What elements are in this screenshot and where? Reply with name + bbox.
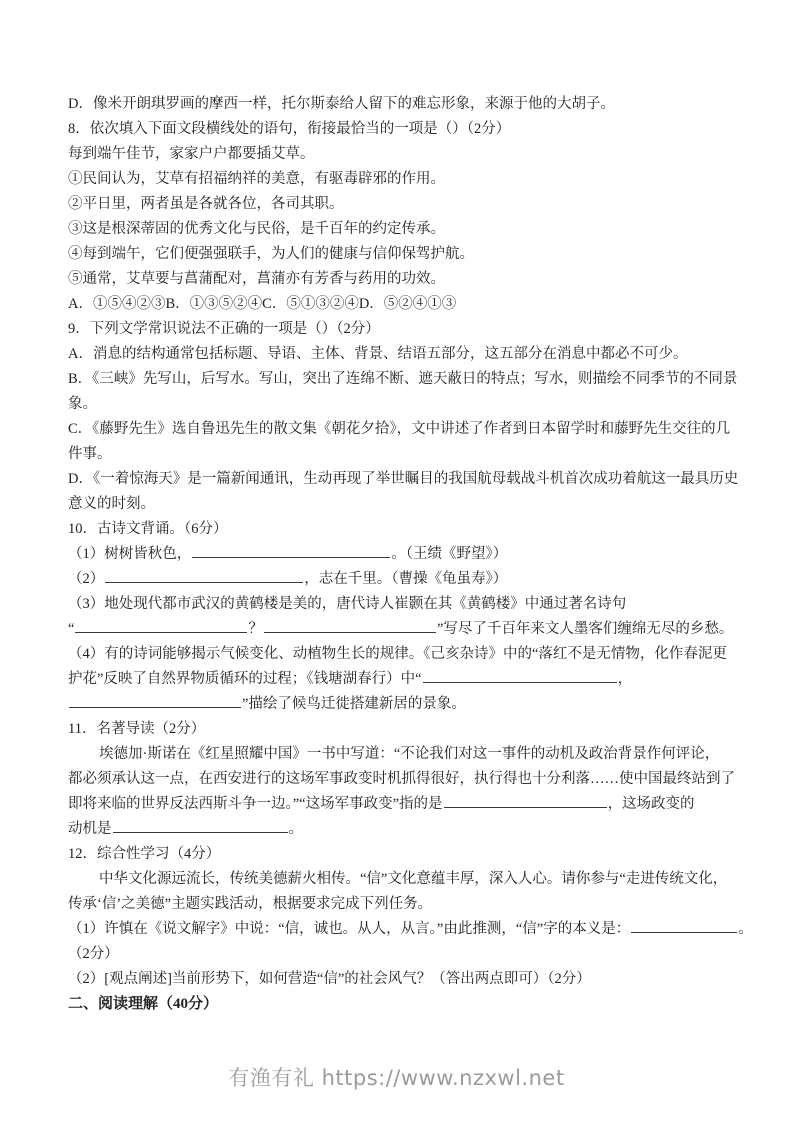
text-segment: ”写尽了千百年来文人墨客们缠绵无尽的乡愁。 [437,621,733,637]
text-segment: 11．名著导读（2分） [68,721,205,737]
text-segment: 每到端午佳节，家家户户都要插艾草。 [68,146,315,162]
text-segment: ”描绘了候鸟迁徙搭建新居的景象。 [242,696,466,712]
answer-blank [192,542,390,558]
text-line: A．①⑤④②③B．①③⑤②④C．⑤①③②④D．⑤②④①③ [68,292,728,317]
text-segment: 中华文化源远流长，传统美德薪火相传。“信”文化意蕴丰厚，深入人心。请你参与“走进… [99,871,727,887]
text-segment: （2） [68,571,104,587]
text-segment: 12．综合性学习（4分） [68,846,220,862]
text-line: “？”写尽了千百年来文人墨客们缠绵无尽的乡愁。 [68,617,728,642]
text-line: （1）树树皆秋色，。（王绩《野望》） [68,542,728,567]
text-segment: ①民间认为，艾草有招福纳祥的美意，有驱毒辟邪的作用。 [68,171,445,187]
section-heading: 二、阅读理解（40分） [68,992,728,1017]
text-line: ①民间认为，艾草有招福纳祥的美意，有驱毒辟邪的作用。 [68,167,728,192]
text-segment: 。 [289,821,304,837]
text-segment: D．像米开朗琪罗画的摩西一样，托尔斯泰给人留下的难忘形象，来源于他的大胡子。 [68,96,615,112]
text-line: （2），志在千里。（曹操《龟虽寿》） [68,567,728,592]
text-segment: B．《三峡》先写山，后写水。写山，突出了连绵不断、遮天蔽日的特点；写水，则描绘不… [68,371,737,387]
text-line: C．《藤野先生》选自鲁迅先生的散文集《朝花夕拾》，文中讲述了作者到日本留学时和藤… [68,417,728,442]
text-segment: ②平日里，两者虽是各就各位，各司其职。 [68,196,344,212]
text-segment: 传承‘信’之美德”主题实践活动，根据要求完成下列任务。 [68,896,432,912]
text-line: D．像米开朗琪罗画的摩西一样，托尔斯泰给人留下的难忘形象，来源于他的大胡子。 [68,92,728,117]
text-line: ⑤通常，艾草要与菖蒲配对，菖蒲亦有芳香与药用的功效。 [68,267,728,292]
text-line: 中华文化源远流长，传统美德薪火相传。“信”文化意蕴丰厚，深入人心。请你参与“走进… [68,867,728,892]
text-segment: 护花”反映了自然界物质循环的过程；《钱塘湖春行）中“ [68,671,422,687]
text-segment: A．消息的结构通常包括标题、导语、主体、背景、结语五部分，这五部分在消息中都必不… [68,346,687,362]
answer-blank [444,792,607,808]
text-segment: ③这是根深蒂固的优秀文化与民俗，是千百年的约定传承。 [68,221,445,237]
text-segment: （2）[观点阐述]当前形势下，如何营造“信”的社会风气？（答出两点即可）（2分） [68,971,591,987]
text-line: ④每到端午，它们便强强联手，为人们的健康与信仰保驾护航。 [68,242,728,267]
text-line: 即将来临的世界反法西斯斗争一边。”“这场军事政变”指的是，这场政变的 [68,792,728,817]
text-segment: C．《藤野先生》选自鲁迅先生的散文集《朝花夕拾》，文中讲述了作者到日本留学时和藤… [68,421,730,437]
text-line: 动机是。 [68,817,728,842]
text-line: （2分） [68,942,728,967]
text-segment: （1）许慎在《说文解字》中说：“信，诚也。从人，从言。”由此推测，“信”字的本义… [68,921,630,937]
text-segment: ，志在千里。（曹操《龟虽寿》） [304,571,507,587]
answer-blank [105,567,303,583]
text-line: （4）有的诗词能够揭示气候变化、动植物生长的规律。《己亥杂诗》中的“落红不是无情… [68,642,728,667]
exam-text-body: D．像米开朗琪罗画的摩西一样，托尔斯泰给人留下的难忘形象，来源于他的大胡子。8．… [68,92,728,1017]
answer-blank [69,692,241,708]
text-segment: 动机是 [68,821,112,837]
text-line: ②平日里，两者虽是各就各位，各司其职。 [68,192,728,217]
text-segment: 即将来临的世界反法西斯斗争一边。”“这场军事政变”指的是 [68,796,443,812]
text-line: 件事。 [68,442,728,467]
text-line: B．《三峡》先写山，后写水。写山，突出了连绵不断、遮天蔽日的特点；写水，则描绘不… [68,367,728,392]
text-segment: 10．古诗文背诵。（6分） [68,521,228,537]
text-segment: 8．依次填入下面文段横线处的语句，衔接最恰当的一项是（）（2分） [68,121,510,137]
text-line: D．《一着惊海天》是一篇新闻通讯，生动再现了举世瞩目的我国航母载战斗机首次成功着… [68,467,728,492]
text-line: ”描绘了候鸟迁徙搭建新居的景象。 [68,692,728,717]
answer-blank [113,817,288,833]
text-line: 都必须承认这一点，在西安进行的这场军事政变时机抓得很好，执行得也十分利落……使中… [68,767,728,792]
text-line: 每到端午佳节，家家户户都要插艾草。 [68,142,728,167]
text-segment: ， [618,671,633,687]
answer-blank [75,617,247,633]
text-segment: 。 [738,921,753,937]
text-segment: “ [68,621,74,637]
text-line: 护花”反映了自然界物质循环的过程；《钱塘湖春行）中“， [68,667,728,692]
answer-blank [631,917,737,933]
text-line: ③这是根深蒂固的优秀文化与民俗，是千百年的约定传承。 [68,217,728,242]
text-line: 8．依次填入下面文段横线处的语句，衔接最恰当的一项是（）（2分） [68,117,728,142]
text-line: （1）许慎在《说文解字》中说：“信，诚也。从人，从言。”由此推测，“信”字的本义… [68,917,728,942]
text-segment: A．①⑤④②③B．①③⑤②④C．⑤①③②④D．⑤②④①③ [68,296,456,312]
text-line: 12．综合性学习（4分） [68,842,728,867]
text-line: 埃德加·斯诺在《红星照耀中国》一书中写道：“不论我们对这一事件的动机及政治背景作… [68,742,728,767]
text-line: 传承‘信’之美德”主题实践活动，根据要求完成下列任务。 [68,892,728,917]
text-segment: ，这场政变的 [608,796,695,812]
text-segment: 9．下列文学常识说法不正确的一项是（）（2分） [68,321,380,337]
text-segment: ？ [248,621,263,637]
text-segment: 意义的时刻。 [68,496,155,512]
text-segment: 埃德加·斯诺在《红星照耀中国》一书中写道：“不论我们对这一事件的动机及政治背景作… [99,746,719,762]
text-line: 10．古诗文背诵。（6分） [68,517,728,542]
exam-page: { "page": { "text_color": "#212121", "fo… [0,0,793,1122]
text-segment: （2分） [68,946,119,962]
text-line: （2）[观点阐述]当前形势下，如何营造“信”的社会风气？（答出两点即可）（2分） [68,967,728,992]
text-segment: 。（王绩《野望》） [391,546,507,562]
text-segment: 件事。 [68,446,112,462]
text-segment: D．《一着惊海天》是一篇新闻通讯，生动再现了举世瞩目的我国航母载战斗机首次成功着… [68,471,738,487]
text-line: 9．下列文学常识说法不正确的一项是（）（2分） [68,317,728,342]
text-segment: 都必须承认这一点，在西安进行的这场军事政变时机抓得很好，执行得也十分利落……使中… [68,771,735,787]
answer-blank [423,667,617,683]
watermark-footer: 有渔有礼 https://www.nzxwl.net [0,1062,793,1092]
text-line: 意义的时刻。 [68,492,728,517]
text-segment: （3）地处现代都市武汉的黄鹤楼是美的，唐代诗人崔颢在其《黄鹤楼》中通过著名诗句 [68,596,626,612]
answer-blank [264,617,436,633]
text-segment: 二、阅读理解（40分） [68,996,218,1012]
text-segment: 象。 [68,396,97,412]
text-line: 11．名著导读（2分） [68,717,728,742]
text-line: （3）地处现代都市武汉的黄鹤楼是美的，唐代诗人崔颢在其《黄鹤楼》中通过著名诗句 [68,592,728,617]
text-segment: ④每到端午，它们便强强联手，为人们的健康与信仰保驾护航。 [68,246,474,262]
text-segment: （1）树树皆秋色， [68,546,191,562]
text-segment: ⑤通常，艾草要与菖蒲配对，菖蒲亦有芳香与药用的功效。 [68,271,445,287]
text-line: 象。 [68,392,728,417]
text-line: A．消息的结构通常包括标题、导语、主体、背景、结语五部分，这五部分在消息中都必不… [68,342,728,367]
text-segment: （4）有的诗词能够揭示气候变化、动植物生长的规律。《己亥杂诗》中的“落红不是无情… [68,646,727,662]
